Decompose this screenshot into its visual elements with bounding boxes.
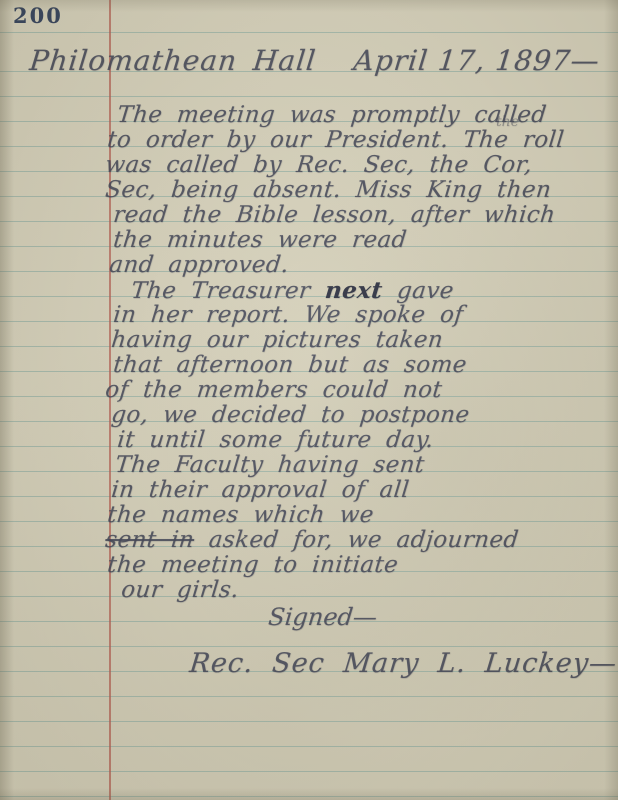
manuscript-body: The meeting was promptly called to order… (104, 103, 609, 603)
manuscript-line: in her report. We spoke of (104, 303, 612, 328)
manuscript-line: the minutes were read (104, 228, 612, 253)
manuscript-line: to order by our President. The roll (104, 128, 612, 153)
signed-label: Signed— (267, 603, 378, 631)
manuscript-line: that afternoon but as some (104, 353, 612, 378)
header-rule-line (0, 32, 618, 33)
manuscript-line: the names which we (104, 503, 612, 528)
manuscript-line: The meeting was promptly called (104, 103, 612, 128)
page-number: 200 (13, 3, 63, 28)
heading-date: April 17, 1897— (352, 44, 601, 77)
signature: Rec. Sec Mary L. Luckey— (188, 648, 618, 679)
manuscript-line: The Faculty having sent (104, 453, 612, 478)
manuscript-line: having our pictures taken (104, 328, 612, 353)
manuscript-line: sent in asked for, we adjourned (104, 528, 612, 553)
ledger-page: 200 Philomathean Hall April 17, 1897— th… (0, 0, 618, 800)
manuscript-line: in their approval of all (104, 478, 612, 503)
heading-place: Philomathean Hall (28, 44, 318, 77)
manuscript-line: was called by Rec. Sec, the Cor, (104, 153, 612, 178)
manuscript-line: Sec, being absent. Miss King then (104, 178, 612, 203)
manuscript-line: and approved. (104, 253, 612, 278)
overwritten-word: next (324, 277, 384, 304)
struck-out-text: sent in (104, 527, 195, 553)
manuscript-line: read the Bible lesson, after which (104, 203, 612, 228)
manuscript-line: go, we decided to postpone (104, 403, 612, 428)
manuscript-line: the meeting to initiate (104, 553, 612, 578)
manuscript-line: of the members could not (104, 378, 612, 403)
manuscript-line: it until some future day. (104, 428, 612, 453)
manuscript-line: our girls. (104, 578, 612, 603)
manuscript-line: The Treasurer next gave (104, 278, 612, 303)
